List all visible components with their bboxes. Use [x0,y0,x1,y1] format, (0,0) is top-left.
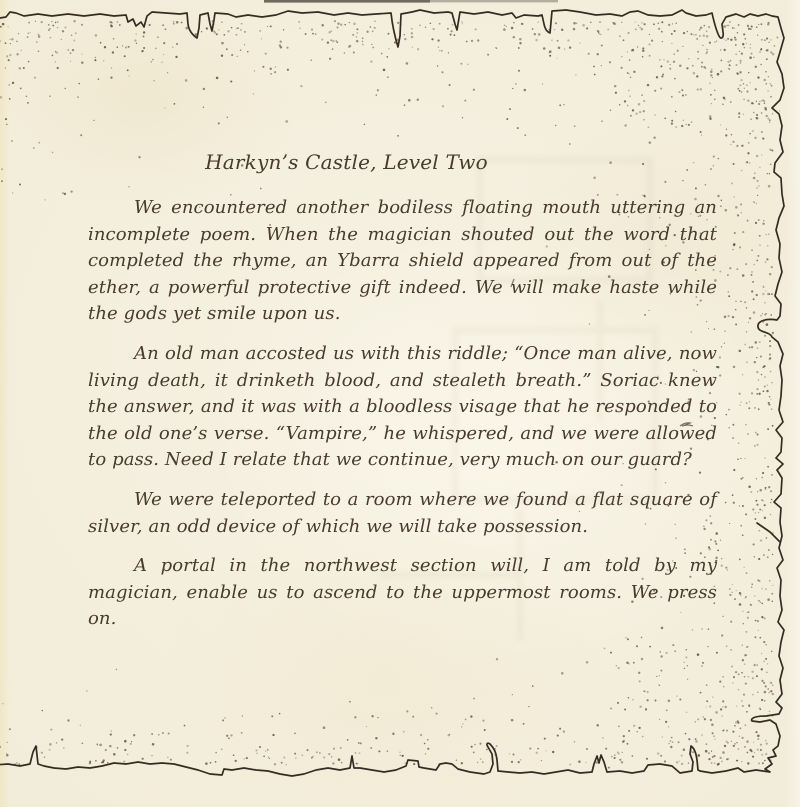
journal-paragraph: An old man accosted us with this riddle;… [88,341,717,474]
journal-paragraph: We were teleported to a room where we fo… [88,487,717,540]
journal-text: Harkyn’s Castle, Level Two We encountere… [88,150,717,646]
torn-border-crack [757,523,780,542]
journal-page: Harkyn’s Castle, Level Two We encountere… [0,0,800,807]
scan-artifact-top [264,0,558,3]
journal-paragraph: We encountered another bodiless floating… [88,195,717,328]
page-title: Harkyn’s Castle, Level Two [0,150,717,174]
journal-paragraph: A portal in the northwest section will, … [88,553,717,633]
